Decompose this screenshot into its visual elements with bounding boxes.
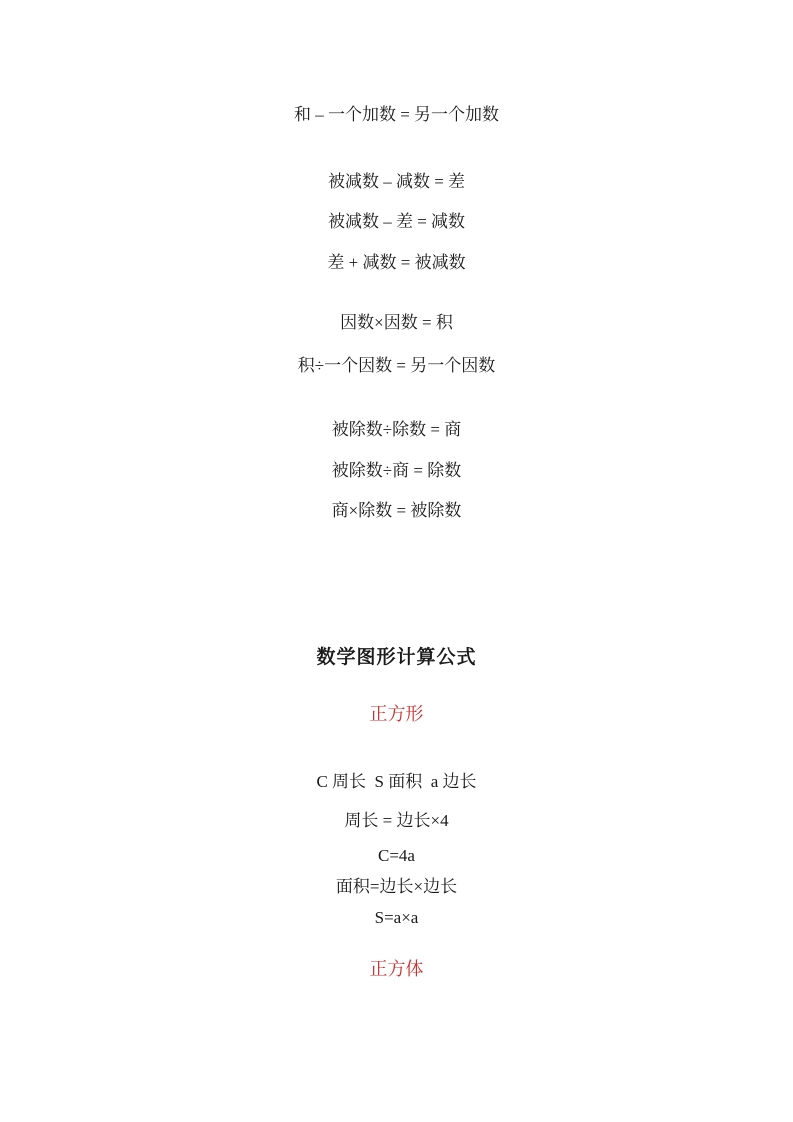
formula-division-quotient: 被除数÷除数 = 商 xyxy=(0,419,793,441)
subsection-title-square: 正方形 xyxy=(0,703,793,725)
formula-subtraction-subtrahend: 被减数 – 差 = 减数 xyxy=(0,211,793,233)
formula-multiplication-product: 因数×因数 = 积 xyxy=(0,312,793,334)
subsection-title-cube: 正方体 xyxy=(0,958,793,980)
document-page: 和 – 一个加数 = 另一个加数 被减数 – 减数 = 差 被减数 – 差 = … xyxy=(0,0,793,1122)
formula-division-divisor: 被除数÷商 = 除数 xyxy=(0,460,793,482)
square-perimeter-formula-symbolic: C=4a xyxy=(0,845,793,867)
formula-subtraction-difference: 被减数 – 减数 = 差 xyxy=(0,171,793,193)
formula-multiplication-factor: 积÷一个因数 = 另一个因数 xyxy=(0,355,793,377)
square-area-formula-text: 面积=边长×边长 xyxy=(0,876,793,898)
square-area-formula-symbolic: S=a×a xyxy=(0,907,793,929)
square-perimeter-formula-text: 周长 = 边长×4 xyxy=(0,810,793,832)
section-heading-geometry-formulas: 数学图形计算公式 xyxy=(0,645,793,670)
square-variable-legend: C 周长 S 面积 a 边长 xyxy=(0,771,793,793)
formula-division-dividend: 商×除数 = 被除数 xyxy=(0,500,793,522)
formula-addition-inverse: 和 – 一个加数 = 另一个加数 xyxy=(0,104,793,126)
formula-subtraction-minuend: 差 + 减数 = 被减数 xyxy=(0,252,793,274)
